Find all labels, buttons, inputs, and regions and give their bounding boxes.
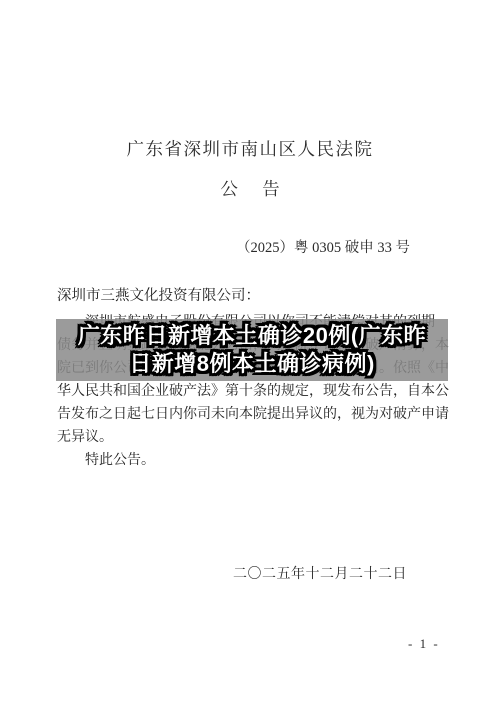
closing-line: 特此公告。: [57, 449, 457, 472]
body-line: 华人民共和国企业破产法》第十条的规定，现发布公告，自本公: [57, 380, 457, 403]
recipient-line: 深圳市三燕文化投资有限公司：: [57, 284, 260, 305]
date-line: 二〇二五年十二月二十二日: [233, 563, 407, 583]
headline-line-2: 日新增8例本土确诊病例): [129, 350, 375, 378]
headline-banner-overlay: 广东昨日新增本土确诊20例(广东昨 日新增8例本土确诊病例): [56, 319, 448, 381]
headline-text: 广东昨日新增本土确诊20例(广东昨 日新增8例本土确诊病例): [56, 319, 448, 381]
headline-line-1: 广东昨日新增本土确诊20例(广东昨: [78, 322, 426, 350]
doc-type-title: 公 告: [0, 176, 500, 201]
body-line: 无异议。: [57, 426, 457, 449]
body-line: 告发布之日起七日内你司未向本院提出异议的，视为对破产申请: [57, 403, 457, 426]
court-name-title: 广东省深圳市南山区人民法院: [0, 136, 500, 161]
page-number: - 1 -: [408, 636, 440, 652]
case-number: （2025）粤 0305 破申 33 号: [236, 236, 410, 257]
